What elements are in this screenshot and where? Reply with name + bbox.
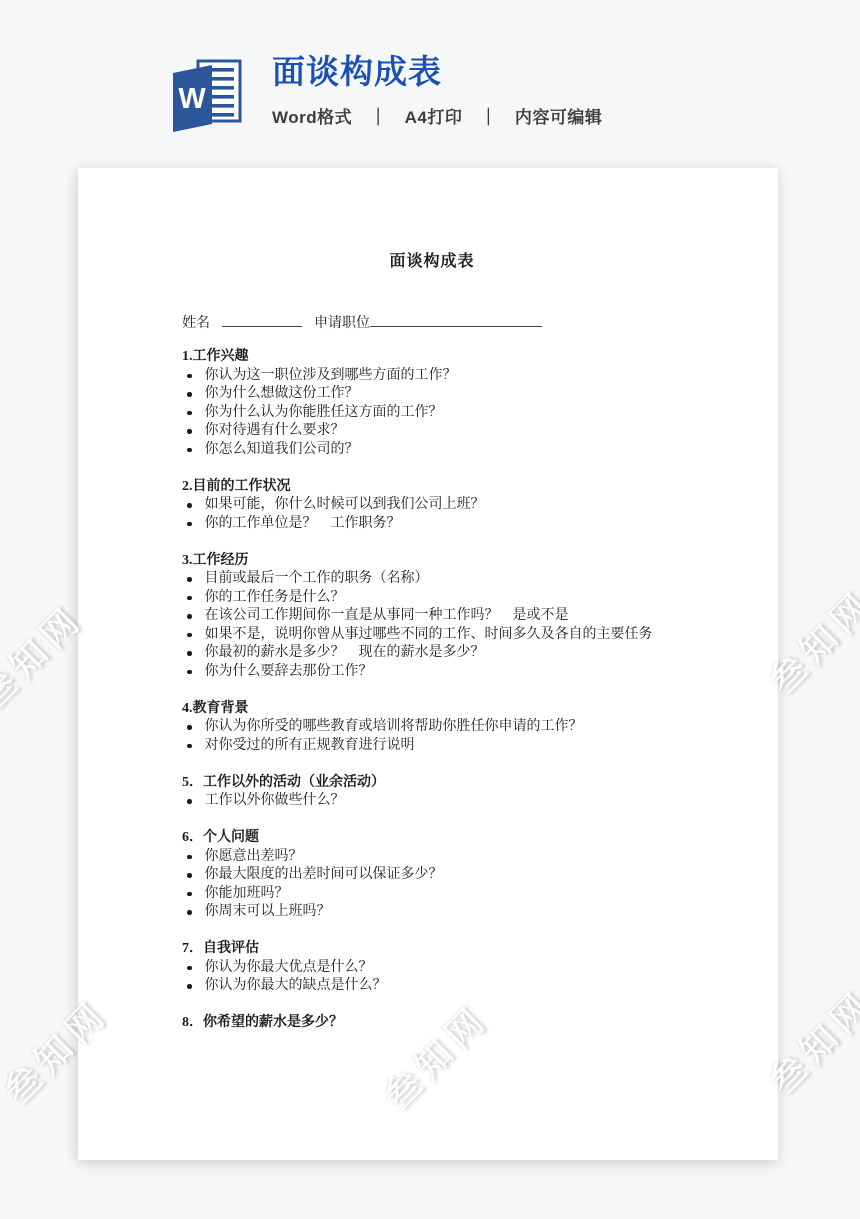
- question-text: 对你受过的所有正规教育进行说明: [205, 737, 683, 756]
- bullet-icon: [187, 670, 192, 675]
- section: 7．自我评估你认为你最大优点是什么？你认为你最大的缺点是什么？: [182, 940, 682, 996]
- section-heading: 3.工作经历: [182, 552, 682, 571]
- word-logo: W: [167, 58, 243, 132]
- bullet-item: 目前或最后一个工作的职务（名称）: [182, 570, 682, 589]
- bullet-item: 工作以外你做些什么？: [182, 792, 682, 811]
- bullet-item: 如果可能，你什么时候可以到我们公司上班？: [182, 496, 682, 515]
- question-text: 你能加班吗？: [205, 885, 683, 904]
- question-text: 你为什么要辞去那份工作？: [205, 663, 683, 682]
- bullet-icon: [187, 910, 192, 915]
- bullet-icon: [187, 725, 192, 730]
- bullet-item: 你对待遇有什么要求？: [182, 422, 682, 441]
- bullet-icon: [187, 448, 192, 453]
- section: 5．工作以外的活动（业余活动）工作以外你做些什么？: [182, 774, 682, 811]
- question-text: 你最初的薪水是多少？ 现在的薪水是多少？: [205, 644, 683, 663]
- bullet-icon: [187, 744, 192, 749]
- question-text: 你为什么想做这份工作？: [205, 385, 683, 404]
- bullet-item: 你认为你最大的缺点是什么？: [182, 977, 682, 996]
- section-heading: 6．个人问题: [182, 829, 682, 848]
- question-text: 如果不是，说明你曾从事过哪些不同的工作、时间多久及各自的主要任务: [205, 626, 683, 645]
- section: 8．你希望的薪水是多少？: [182, 1014, 682, 1033]
- bullet-item: 如果不是，说明你曾从事过哪些不同的工作、时间多久及各自的主要任务: [182, 626, 682, 645]
- bullet-item: 你认为你所受的哪些教育或培训将帮助你胜任你申请的工作？: [182, 718, 682, 737]
- bullet-icon: [187, 892, 192, 897]
- bullet-item: 你周末可以上班吗？: [182, 903, 682, 922]
- page-header: W 面谈构成表 Word格式 ｜ A4打印 ｜ 内容可编辑: [0, 0, 860, 150]
- bullet-icon: [187, 966, 192, 971]
- bullet-icon: [187, 374, 192, 379]
- name-label: 姓名: [182, 316, 210, 331]
- bullet-item: 你怎么知道我们公司的？: [182, 441, 682, 460]
- bullet-icon: [187, 522, 192, 527]
- section-heading: 2.目前的工作状况: [182, 478, 682, 497]
- bullet-icon: [187, 633, 192, 638]
- question-text: 你为什么认为你能胜任这方面的工作？: [205, 404, 683, 423]
- bullet-item: 你愿意出差吗？: [182, 848, 682, 867]
- bullet-item: 你为什么认为你能胜任这方面的工作？: [182, 404, 682, 423]
- document-title: 面谈构成表: [182, 252, 682, 272]
- bullet-item: 你认为这一职位涉及到哪些方面的工作？: [182, 367, 682, 386]
- bullet-icon: [187, 984, 192, 989]
- header-text-block: 面谈构成表 Word格式 ｜ A4打印 ｜ 内容可编辑: [272, 52, 602, 128]
- question-text: 你最大限度的出差时间可以保证多少？: [205, 866, 683, 885]
- svg-text:W: W: [178, 83, 206, 115]
- position-blank-line: [370, 312, 542, 327]
- bullet-item: 你为什么想做这份工作？: [182, 385, 682, 404]
- question-text: 你对待遇有什么要求？: [205, 422, 683, 441]
- question-text: 你认为你所受的哪些教育或培训将帮助你胜任你申请的工作？: [205, 718, 683, 737]
- word-document-icon: W: [167, 58, 243, 132]
- bullet-icon: [187, 429, 192, 434]
- bullet-icon: [187, 651, 192, 656]
- question-text: 你愿意出差吗？: [205, 848, 683, 867]
- section-heading: 5．工作以外的活动（业余活动）: [182, 774, 682, 793]
- section: 3.工作经历目前或最后一个工作的职务（名称）你的工作任务是什么？在该公司工作期间…: [182, 552, 682, 682]
- document-sections: 1.工作兴趣你认为这一职位涉及到哪些方面的工作？你为什么想做这份工作？你为什么认…: [182, 348, 682, 1033]
- question-text: 工作以外你做些什么？: [205, 792, 683, 811]
- section: 6．个人问题你愿意出差吗？你最大限度的出差时间可以保证多少？你能加班吗？你周末可…: [182, 829, 682, 922]
- question-text: 你认为你最大的缺点是什么？: [205, 977, 683, 996]
- bullet-item: 你认为你最大优点是什么？: [182, 959, 682, 978]
- question-text: 你的工作单位是？ 工作职务？: [205, 515, 683, 534]
- bullet-item: 你的工作任务是什么？: [182, 589, 682, 608]
- bullet-icon: [187, 503, 192, 508]
- bullet-icon: [187, 614, 192, 619]
- bullet-icon: [187, 392, 192, 397]
- bullet-item: 你能加班吗？: [182, 885, 682, 904]
- bullet-item: 你最初的薪水是多少？ 现在的薪水是多少？: [182, 644, 682, 663]
- question-text: 你认为这一职位涉及到哪些方面的工作？: [205, 367, 683, 386]
- section-heading: 8．你希望的薪水是多少？: [182, 1014, 682, 1033]
- name-position-row: 姓名申请职位: [182, 312, 682, 332]
- section-heading: 4.教育背景: [182, 700, 682, 719]
- document-preview-page: 面谈构成表 姓名申请职位 1.工作兴趣你认为这一职位涉及到哪些方面的工作？你为什…: [78, 168, 778, 1160]
- question-text: 目前或最后一个工作的职务（名称）: [205, 570, 683, 589]
- bullet-icon: [187, 873, 192, 878]
- page-title: 面谈构成表: [272, 52, 602, 92]
- bullet-item: 在该公司工作期间你一直是从事同一种工作吗？ 是或不是: [182, 607, 682, 626]
- name-blank-line: [222, 312, 302, 327]
- bullet-item: 你最大限度的出差时间可以保证多少？: [182, 866, 682, 885]
- section-heading: 1.工作兴趣: [182, 348, 682, 367]
- question-text: 你认为你最大优点是什么？: [205, 959, 683, 978]
- section-heading: 7．自我评估: [182, 940, 682, 959]
- bullet-icon: [187, 596, 192, 601]
- bullet-icon: [187, 577, 192, 582]
- section: 1.工作兴趣你认为这一职位涉及到哪些方面的工作？你为什么想做这份工作？你为什么认…: [182, 348, 682, 459]
- question-text: 你怎么知道我们公司的？: [205, 441, 683, 460]
- bullet-icon: [187, 799, 192, 804]
- format-subtitle: Word格式 ｜ A4打印 ｜ 内容可编辑: [272, 103, 602, 128]
- document-content: 面谈构成表 姓名申请职位 1.工作兴趣你认为这一职位涉及到哪些方面的工作？你为什…: [182, 168, 682, 1160]
- section: 2.目前的工作状况如果可能，你什么时候可以到我们公司上班？你的工作单位是？ 工作…: [182, 478, 682, 534]
- position-label: 申请职位: [314, 316, 370, 331]
- question-text: 你周末可以上班吗？: [205, 903, 683, 922]
- section: 4.教育背景你认为你所受的哪些教育或培训将帮助你胜任你申请的工作？对你受过的所有…: [182, 700, 682, 756]
- question-text: 如果可能，你什么时候可以到我们公司上班？: [205, 496, 683, 515]
- bullet-icon: [187, 855, 192, 860]
- bullet-icon: [187, 411, 192, 416]
- question-text: 在该公司工作期间你一直是从事同一种工作吗？ 是或不是: [205, 607, 683, 626]
- bullet-item: 你为什么要辞去那份工作？: [182, 663, 682, 682]
- bullet-item: 对你受过的所有正规教育进行说明: [182, 737, 682, 756]
- question-text: 你的工作任务是什么？: [205, 589, 683, 608]
- bullet-item: 你的工作单位是？ 工作职务？: [182, 515, 682, 534]
